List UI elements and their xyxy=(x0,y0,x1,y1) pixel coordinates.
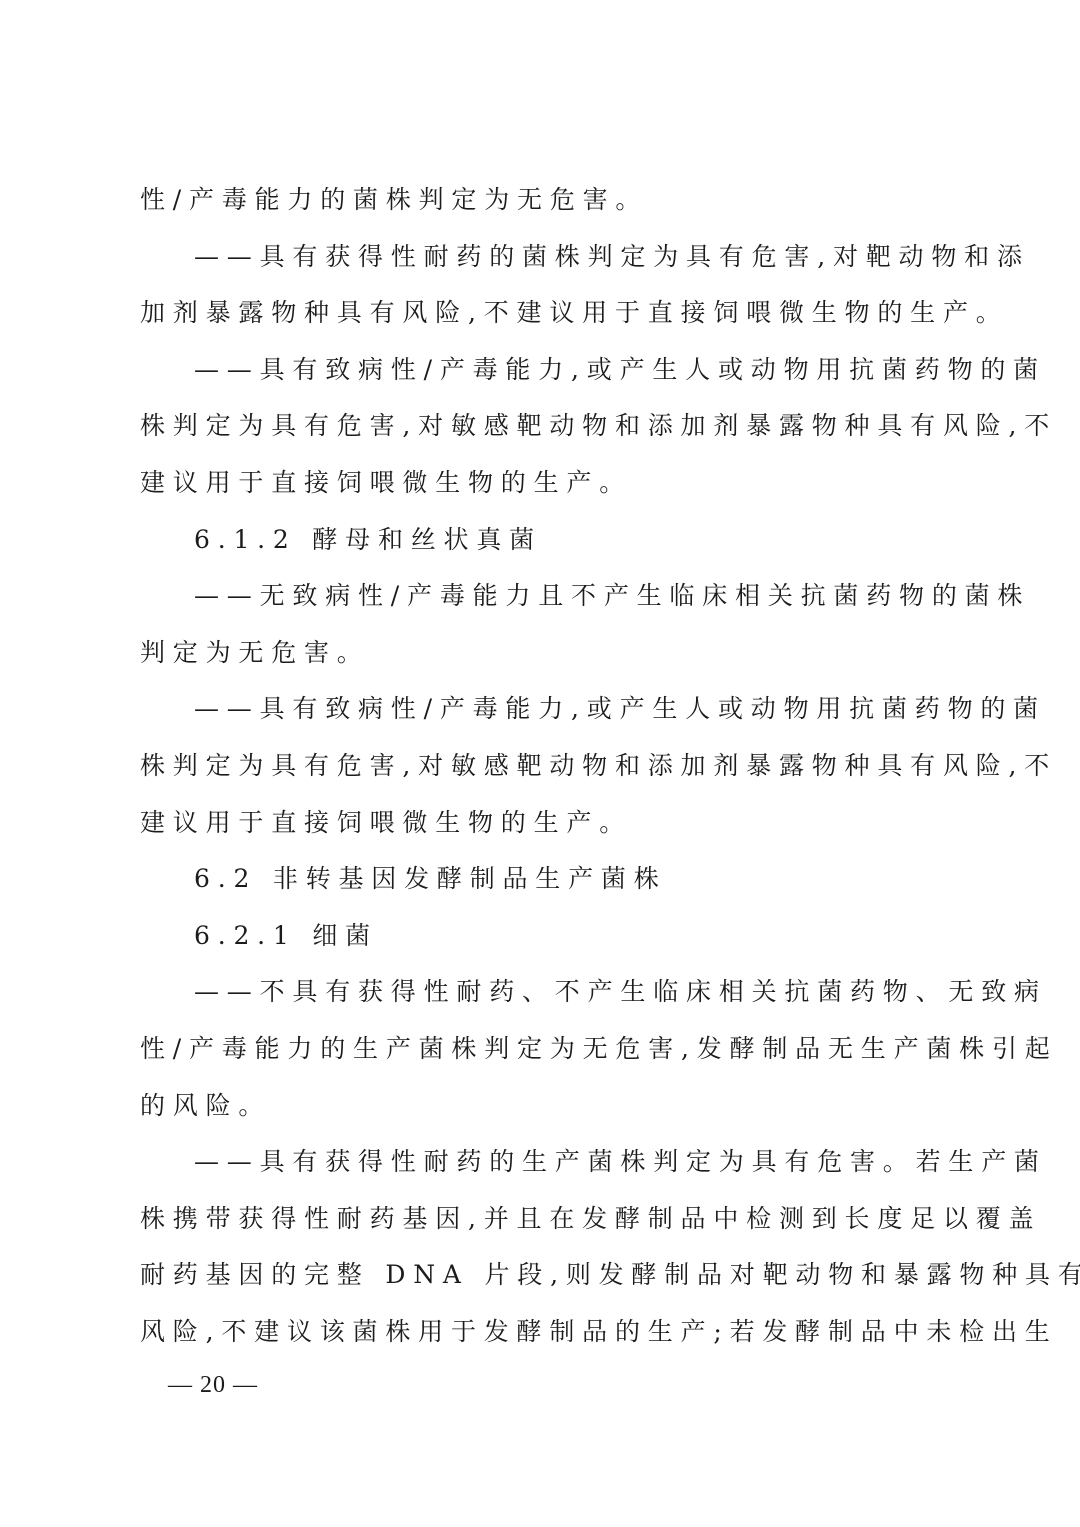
paragraph-line: 判定为无危害。 xyxy=(140,625,942,682)
paragraph-line: 建议用于直接饲喂微生物的生产。 xyxy=(140,795,942,852)
paragraph-line: 建议用于直接饲喂微生物的生产。 xyxy=(140,455,942,512)
paragraph-line: 株判定为具有危害,对敏感靶动物和添加剂暴露物种具有风险,不 xyxy=(140,398,942,455)
bullet-line: ——具有致病性/产毒能力,或产生人或动物用抗菌药物的菌 xyxy=(140,681,942,738)
paragraph-line: 的风险。 xyxy=(140,1078,942,1135)
document-page: 性/产毒能力的菌株判定为无危害。 ——具有获得性耐药的菌株判定为具有危害,对靶动… xyxy=(0,0,1080,1527)
bullet-line: ——不具有获得性耐药、不产生临床相关抗菌药物、无致病 xyxy=(140,964,942,1021)
bullet-line: ——无致病性/产毒能力且不产生临床相关抗菌药物的菌株 xyxy=(140,568,942,625)
paragraph-line: 加剂暴露物种具有风险,不建议用于直接饲喂微生物的生产。 xyxy=(140,285,942,342)
bullet-line: ——具有获得性耐药的菌株判定为具有危害,对靶动物和添 xyxy=(140,229,942,286)
body-text: 性/产毒能力的菌株判定为无危害。 ——具有获得性耐药的菌株判定为具有危害,对靶动… xyxy=(140,172,942,1360)
section-heading-6-2-1: 6.2.1 细菌 xyxy=(140,908,942,965)
paragraph-line: 株判定为具有危害,对敏感靶动物和添加剂暴露物种具有风险,不 xyxy=(140,738,942,795)
paragraph-line: 风险,不建议该菌株用于发酵制品的生产;若发酵制品中未检出生 xyxy=(140,1304,942,1361)
bullet-line: ——具有获得性耐药的生产菌株判定为具有危害。若生产菌 xyxy=(140,1134,942,1191)
section-heading-6-1-2: 6.1.2 酵母和丝状真菌 xyxy=(140,512,942,569)
page-number: — 20 — xyxy=(168,1372,258,1399)
bullet-line: ——具有致病性/产毒能力,或产生人或动物用抗菌药物的菌 xyxy=(140,342,942,399)
section-heading-6-2: 6.2 非转基因发酵制品生产菌株 xyxy=(140,851,942,908)
paragraph-line: 耐药基因的完整 DNA 片段,则发酵制品对靶动物和暴露物种具有 xyxy=(140,1247,942,1304)
paragraph-line: 性/产毒能力的生产菌株判定为无危害,发酵制品无生产菌株引起 xyxy=(140,1021,942,1078)
paragraph-line: 株携带获得性耐药基因,并且在发酵制品中检测到长度足以覆盖 xyxy=(140,1191,942,1248)
paragraph-line: 性/产毒能力的菌株判定为无危害。 xyxy=(140,172,942,229)
